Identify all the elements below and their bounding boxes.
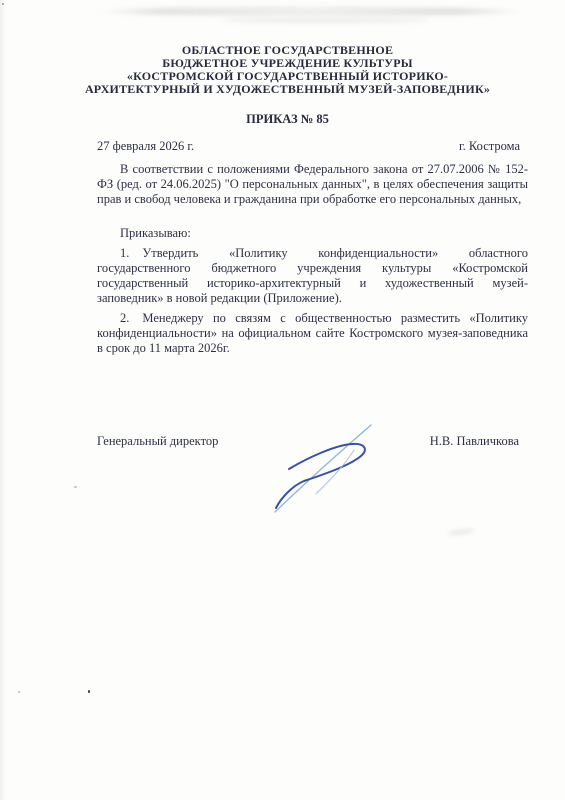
- order-word: Приказываю:: [97, 226, 528, 241]
- item-text: Менеджеру по связям с общественностью ра…: [97, 311, 528, 355]
- scan-speck: [18, 691, 20, 693]
- scan-speck: [88, 690, 90, 693]
- document-title: ПРИКАЗ № 85: [40, 112, 535, 127]
- scan-speck: [74, 486, 77, 488]
- document-place: г. Кострома: [459, 139, 520, 154]
- item-text: Утвердить «Политику конфиденциальности» …: [97, 246, 528, 305]
- org-name-line: АРХИТЕКТУРНЫЙ И ХУДОЖЕСТВЕННЫЙ МУЗЕЙ-ЗАП…: [40, 83, 535, 96]
- item-number: 2.: [120, 311, 129, 325]
- scan-edge-shade: [0, 0, 6, 800]
- date-place-row: 27 февраля 2026 г. г. Кострома: [97, 139, 520, 154]
- order-item-1: 1.Утвердить «Политику конфиденциальности…: [97, 246, 528, 306]
- scan-speck: [2, 3, 4, 5]
- order-item-2: 2.Менеджеру по связям с общественностью …: [97, 311, 528, 356]
- signer-name: Н.В. Павличкова: [430, 434, 519, 449]
- scan-smudge: [448, 528, 474, 536]
- scan-smudge: [95, 7, 525, 16]
- scanned-order-document: ОБЛАСТНОЕ ГОСУДАРСТВЕННОЕ БЮДЖЕТНОЕ УЧРЕ…: [0, 0, 565, 800]
- preamble-paragraph: В соответствии с положениями Федеральног…: [97, 162, 528, 207]
- organization-name: ОБЛАСТНОЕ ГОСУДАРСТВЕННОЕ БЮДЖЕТНОЕ УЧРЕ…: [40, 44, 535, 96]
- item-number: 1.: [120, 246, 129, 260]
- handwritten-signature: [264, 418, 378, 516]
- document-date: 27 февраля 2026 г.: [97, 139, 194, 154]
- document-body: В соответствии с положениями Федеральног…: [97, 162, 528, 356]
- scan-smudge: [220, 18, 430, 23]
- signer-position: Генеральный директор: [97, 434, 218, 449]
